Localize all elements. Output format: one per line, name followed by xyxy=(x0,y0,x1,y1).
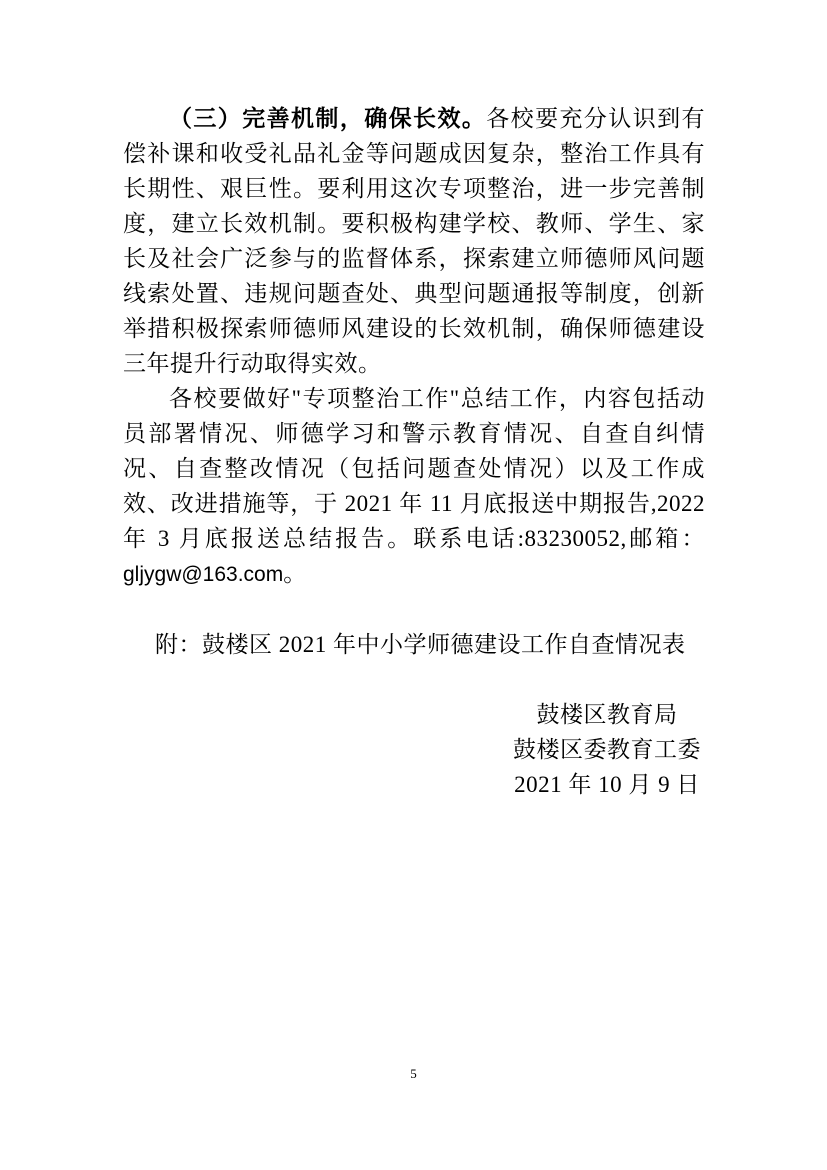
attachment-line: 附：鼓楼区 2021 年中小学师德建设工作自查情况表 xyxy=(123,627,705,662)
signature-org-1: 鼓楼区教育局 xyxy=(513,697,701,732)
paragraph-2-ending-period: 。 xyxy=(283,561,307,586)
paragraph-2: 各校要做好"专项整治工作"总结工作，内容包括动员部署情况、师德学习和警示教育情况… xyxy=(123,381,705,592)
signature-block: 鼓楼区教育局 鼓楼区委教育工委 2021 年 10 月 9 日 xyxy=(513,697,701,802)
contact-email: gljygw@163.com xyxy=(123,563,283,586)
paragraph-1-text: 各校要充分认识到有偿补课和收受礼品礼金等问题成因复杂，整治工作具有长期性、艰巨性… xyxy=(123,106,705,376)
document-page: （三）完善机制，确保长效。各校要充分认识到有偿补课和收受礼品礼金等问题成因复杂，… xyxy=(0,0,827,1170)
document-body: （三）完善机制，确保长效。各校要充分认识到有偿补课和收受礼品礼金等问题成因复杂，… xyxy=(123,101,705,802)
paragraph-1: （三）完善机制，确保长效。各校要充分认识到有偿补课和收受礼品礼金等问题成因复杂，… xyxy=(123,101,705,381)
page-number: 5 xyxy=(0,1065,827,1083)
signature-org-2: 鼓楼区委教育工委 xyxy=(513,732,701,767)
signature-date: 2021 年 10 月 9 日 xyxy=(513,767,701,802)
paragraph-2-text: 各校要做好"专项整治工作"总结工作，内容包括动员部署情况、师德学习和警示教育情况… xyxy=(123,386,705,551)
paragraph-1-bold-heading: （三）完善机制，确保长效。 xyxy=(169,105,486,131)
